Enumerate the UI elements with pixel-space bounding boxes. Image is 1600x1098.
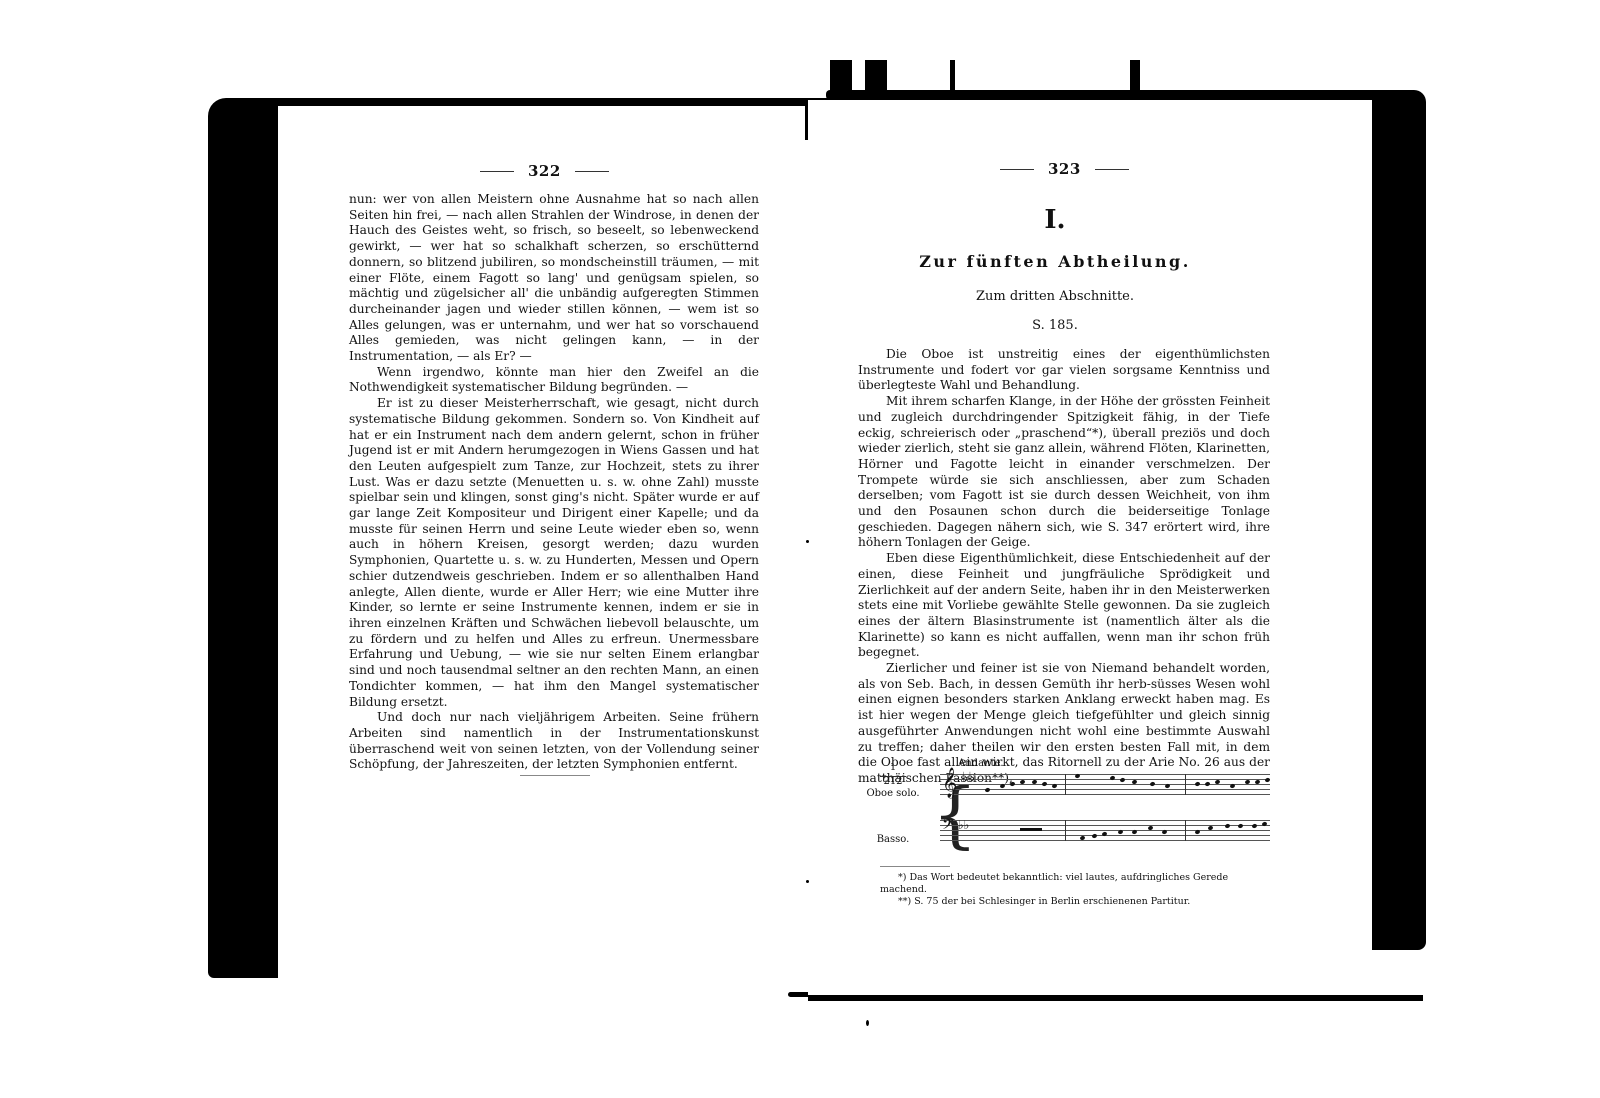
music-example: 1 212 Oboe solo. Basso. Andante. { 𝄞 ♭♭ … — [858, 760, 1273, 860]
paragraph: Die Oboe ist unstreitig eines der eigent… — [858, 347, 1270, 394]
scan-speck — [806, 880, 809, 883]
paragraph: Mit ihrem scharfen Klange, in der Höhe d… — [858, 394, 1270, 551]
treble-clef-icon: 𝄞 — [942, 768, 957, 798]
key-signature-flat-icon: ♭♭ — [958, 818, 969, 832]
bass-clef-icon: 𝄢 — [942, 816, 954, 838]
paragraph: Wenn irgendwo, könnte man hier den Zweif… — [349, 365, 759, 396]
header-rule — [1000, 169, 1034, 170]
header-rule — [480, 171, 514, 172]
header-rule — [1095, 169, 1129, 170]
scan-speck — [806, 540, 809, 543]
paragraph: nun: wer von allen Meistern ohne Ausnahm… — [349, 192, 759, 365]
right-cover-edge — [1372, 90, 1426, 950]
footnote: **) S. 75 der bei Schlesinger in Berlin … — [880, 896, 1275, 908]
example-number: 1 — [868, 762, 918, 773]
paragraph: Er ist zu dieser Meisterherrschaft, wie … — [349, 396, 759, 710]
whole-rest — [1020, 828, 1042, 831]
header-rule — [575, 171, 609, 172]
book-scan: 322 nun: wer von allen Meistern ohne Aus… — [0, 0, 1600, 1098]
left-page-header: 322 — [480, 162, 609, 180]
staff-label-oboe: Oboe solo. — [858, 788, 928, 799]
left-page-body: nun: wer von allen Meistern ohne Ausnahm… — [349, 192, 759, 773]
right-page-body: Die Oboe ist unstreitig eines der eigent… — [858, 347, 1270, 787]
key-signature-flat-icon: ♭♭ — [962, 770, 975, 786]
scan-speck — [866, 1020, 869, 1026]
tempo-marking: Andante. — [958, 758, 1008, 769]
page-number: 323 — [1048, 160, 1081, 178]
basso-staff: 𝄢 ♭♭ — [940, 820, 1270, 842]
footnotes: *) Das Wort bedeutet bekanntlich: viel l… — [880, 872, 1275, 908]
paragraph: Und doch nur nach vieljährigem Arbeiten.… — [349, 710, 759, 773]
left-cover-edge — [208, 98, 278, 978]
oboe-staff: 𝄞 ♭♭ — [940, 774, 1270, 796]
page-number: 322 — [528, 162, 561, 180]
staff-label-basso: Basso. — [858, 834, 928, 845]
footnote-rule — [880, 866, 950, 867]
section-title: Zur fünften Abtheilung. — [900, 252, 1210, 271]
right-page-top-edge — [826, 90, 1396, 100]
section-number: I. — [1000, 205, 1110, 235]
paragraph: Eben diese Eigenthümlichkeit, diese Ents… — [858, 551, 1270, 661]
end-rule — [520, 775, 590, 776]
footnote: *) Das Wort bedeutet bekanntlich: viel l… — [880, 872, 1275, 896]
right-page-header: 323 — [1000, 160, 1129, 178]
left-page-top-edge — [260, 98, 815, 106]
subsection-title: Zum dritten Abschnitte. — [930, 289, 1180, 304]
page-reference: S. 185. — [1000, 318, 1110, 333]
right-page-bottom-edge — [808, 995, 1423, 1001]
example-page-ref: 212 — [868, 776, 918, 787]
